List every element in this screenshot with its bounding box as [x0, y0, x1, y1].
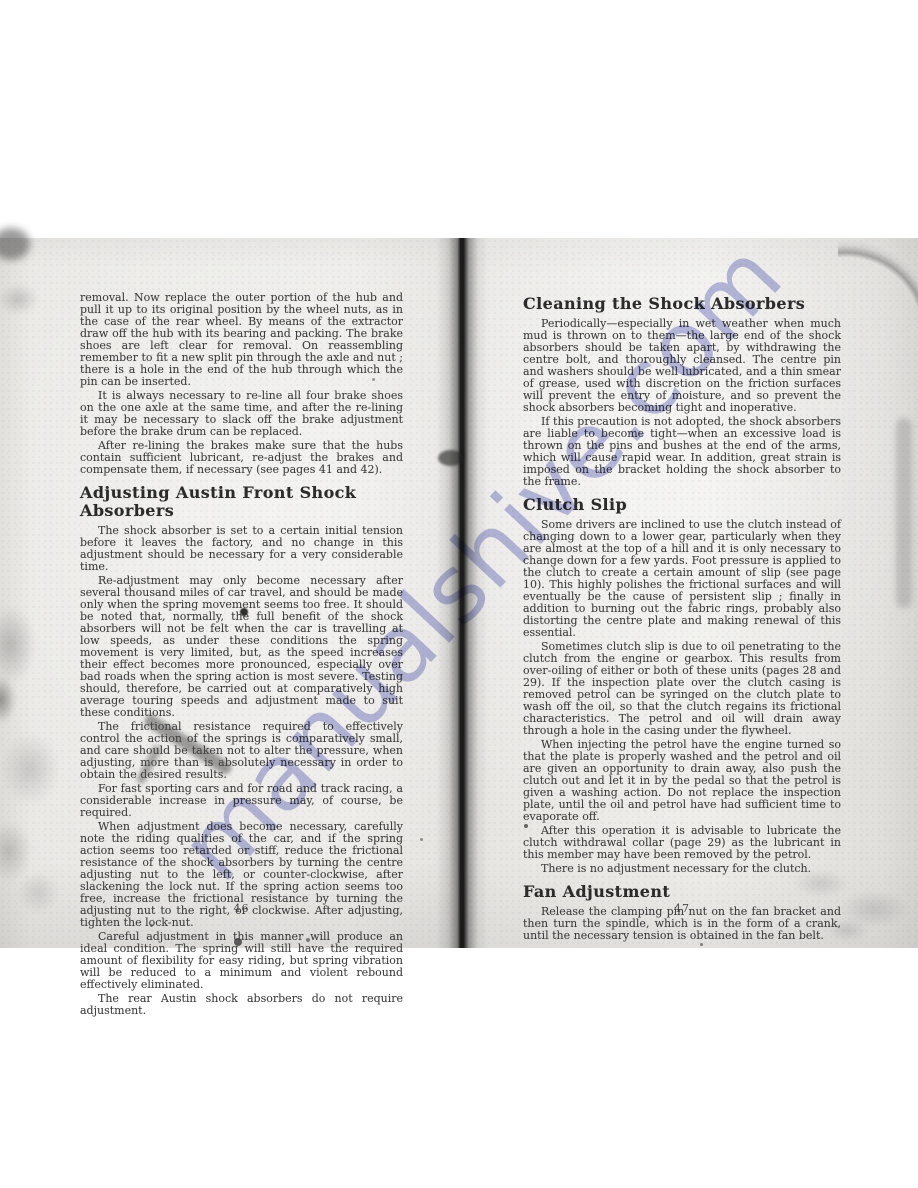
paragraph: removal. Now replace the outer portion o…	[80, 292, 403, 388]
right-page-content: Cleaning the Shock Absorbers Periodicall…	[523, 295, 841, 944]
book-scan: removal. Now replace the outer portion o…	[0, 238, 918, 948]
paragraph: Some drivers are inclined to use the clu…	[523, 519, 841, 639]
paragraph: If this precaution is not adopted, the s…	[523, 416, 841, 488]
paragraph: For fast sporting cars and for road and …	[80, 783, 403, 819]
paragraph: The frictional resistance required to ef…	[80, 721, 403, 781]
paragraph: Periodically—especially in wet weather w…	[523, 318, 841, 414]
section-heading-front-shock-absorbers: Adjusting Austin Front Shock Absorbers	[80, 484, 403, 520]
section-heading-clutch-slip: Clutch Slip	[523, 496, 841, 514]
section-heading-fan-adjustment: Fan Adjustment	[523, 883, 841, 901]
scanned-manual-spread: removal. Now replace the outer portion o…	[0, 0, 918, 1188]
paragraph: After re-lining the brakes make sure tha…	[80, 440, 403, 476]
paragraph: There is no adjustment necessary for the…	[523, 863, 841, 875]
section-heading-cleaning-shock-absorbers: Cleaning the Shock Absorbers	[523, 295, 841, 313]
paragraph: After this operation it is advisable to …	[523, 825, 841, 861]
book-gutter	[436, 238, 488, 948]
page-number-right: 47	[523, 902, 841, 915]
paragraph: Re-adjustment may only become necessary …	[80, 575, 403, 719]
paragraph: Sometimes clutch slip is due to oil pene…	[523, 641, 841, 737]
paragraph: Careful adjustment in this manner will p…	[80, 931, 403, 991]
paragraph: It is always necessary to re-line all fo…	[80, 390, 403, 438]
paragraph: The shock absorber is set to a certain i…	[80, 525, 403, 573]
paragraph: The rear Austin shock absorbers do not r…	[80, 993, 403, 1017]
paragraph: When injecting the petrol have the engin…	[523, 739, 841, 823]
page-number-left: 46	[80, 902, 403, 915]
